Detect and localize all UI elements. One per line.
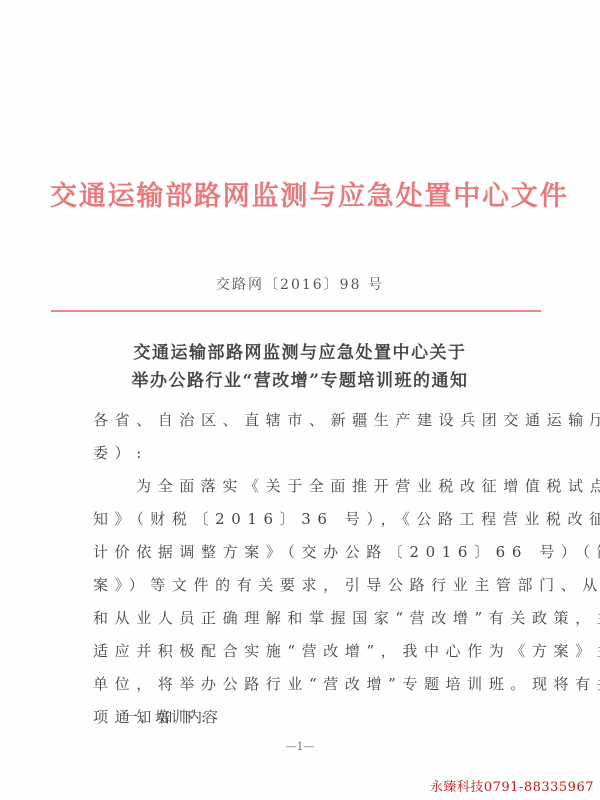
notice-title-line-2: 举办公路行业“营改增”专题培训班的通知 <box>0 367 600 395</box>
notice-title-line-1: 交通运输部路网监测与应急处置中心关于 <box>0 339 600 367</box>
paragraph-line-3: 计价依据调整方案》（交办公路〔2016〕66 号）（简称《方 <box>93 536 509 569</box>
addressee-line-1: 各省、自治区、直辖市、新疆生产建设兵团交通运输厅（局、 <box>93 404 509 437</box>
notice-title: 交通运输部路网监测与应急处置中心关于 举办公路行业“营改增”专题培训班的通知 <box>0 339 600 395</box>
paragraph-line-5: 和从业人员正确理解和掌握国家“营改增”有关政策，主动 <box>93 602 509 635</box>
watermark-contact: 永臻科技0791-88335967 <box>430 776 594 795</box>
paragraph-line-4: 案》）等文件的有关要求，引导公路行业主管部门、从业单位 <box>93 569 509 602</box>
addressee-line-2: 委）: <box>93 437 509 470</box>
document-body: 各省、自治区、直辖市、新疆生产建设兵团交通运输厅（局、 委）: 为全面落实《关于… <box>93 404 509 734</box>
paragraph-line-1: 为全面落实《关于全面推开营业税改征增值税试点的通 <box>93 470 509 503</box>
paragraph-line-2: 知》（财税〔2016〕36 号），《公路工程营业税改征增值税 <box>93 503 509 536</box>
paragraph-line-7: 单位，将举办公路行业“营改增”专题培训班。现将有关事 <box>93 668 509 701</box>
document-page: 交通运输部路网监测与应急处置中心文件 交路网〔2016〕98 号 交通运输部路网… <box>0 0 600 800</box>
page-number: —1— <box>0 740 600 753</box>
red-divider-rule <box>51 310 541 312</box>
document-number: 交路网〔2016〕98 号 <box>0 275 600 295</box>
document-header-title: 交通运输部路网监测与应急处置中心文件 <box>50 180 542 214</box>
section-heading: 一、培训内容 <box>123 705 219 729</box>
paragraph-line-6: 适应并积极配合实施“营改增”，我中心作为《方案》主编 <box>93 635 509 668</box>
